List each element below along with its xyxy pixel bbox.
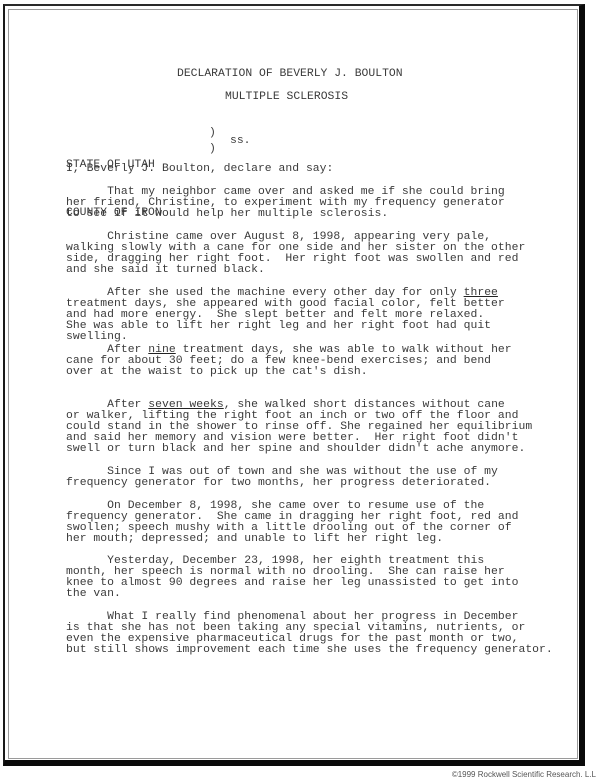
declaration-paragraph: That my neighbor came over and asked me … [66,187,505,220]
declaration-paragraph: What I really find phenomenal about her … [66,612,553,656]
opening-text: I, Beverly J. Boulton, declare and say: [66,163,333,175]
declaration-paragraph: After nine treatment days, she was able … [66,345,512,378]
document-subtitle: MULTIPLE SCLEROSIS [225,92,602,103]
paragraph-line: to see if it would help her multiple scl… [66,209,505,220]
declaration-page: DECLARATION OF BEVERLY J. BOULTON MULTIP… [0,0,602,777]
paragraph-line: over at the waist to pick up the cat's d… [66,367,512,378]
paragraph-line: She was able to lift her right leg and h… [66,321,505,332]
paragraph-line: knee to almost 90 degrees and raise her … [66,578,518,589]
declaration-paragraph: Since I was out of town and she was with… [66,467,498,489]
declaration-paragraph: Yesterday, December 23, 1998, her eighth… [66,556,518,600]
declaration-paragraph: After seven weeks, she walked short dist… [66,400,532,455]
opening-statement: I, Beverly J. Boulton, declare and say: [66,164,333,175]
venue-ss: ss. [230,133,251,149]
venue-paren-top: ) [209,125,216,141]
declaration-paragraph: On December 8, 1998, she came over to re… [66,501,518,545]
paragraph-line: swelling. [66,332,505,343]
declaration-paragraph: After she used the machine every other d… [66,288,505,343]
copyright-notice: ©1999 Rockwell Scientific Research, L.L [452,769,596,777]
paragraph-line: swell or turn black and her spine and sh… [66,444,532,455]
paragraph-line: her mouth; depressed; and unable to lift… [66,534,518,545]
venue-paren-bottom: ) [209,141,216,157]
paragraph-line: and she said it turned black. [66,265,525,276]
paragraph-line: but still shows improvement each time sh… [66,645,553,656]
declaration-paragraph: Christine came over August 8, 1998, appe… [66,232,525,276]
document-title: DECLARATION OF BEVERLY J. BOULTON [177,69,602,80]
paragraph-line: frequency generator for two months, her … [66,478,498,489]
paragraph-line: the van. [66,589,518,600]
